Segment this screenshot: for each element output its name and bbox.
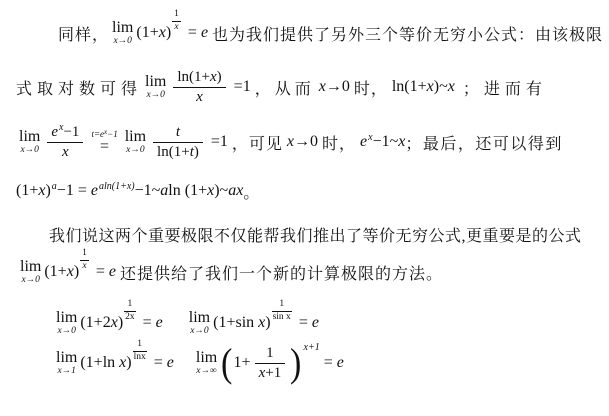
open-paren-one-plus: (1+ (213, 314, 235, 331)
ln-function: ln (157, 144, 169, 160)
open-paren-one-plus: (1+ (136, 24, 158, 41)
var-x: x (287, 133, 294, 150)
open-paren-one-plus: (1+ (44, 263, 66, 280)
tilde-operator: ~ (220, 182, 229, 199)
ln-function: ln (392, 78, 404, 95)
paragraph2-line2: lim x→0 (1+x) 1 x =e 还提供给了我们一个新的计算极限的方法。 (17, 249, 443, 295)
fraction-numerator: ex−1 (47, 123, 83, 143)
open-paren-one-plus: (1+ (80, 314, 102, 331)
sup-numerator: 1 (172, 9, 181, 22)
text-kejian: ，可见 (232, 131, 283, 154)
one-plus: 1+ (234, 354, 251, 371)
lim-word: lim (112, 20, 133, 37)
lim-subscript: x→0 (21, 276, 39, 286)
close-paren: ) (265, 314, 270, 331)
exponent-aln1px: aln(1+x) (99, 181, 135, 192)
const-e: e (91, 182, 98, 199)
lim-word: lim (19, 129, 40, 146)
open-paren-one-plus: (1+ (404, 78, 426, 95)
lim-word: lim (196, 350, 217, 367)
var-x: x (398, 133, 405, 150)
limit-operator: lim x→1 (56, 350, 77, 376)
ln-function: ln (103, 354, 119, 371)
fraction-numerator: t (153, 123, 203, 143)
equiv-ln1px-x: ln(1+x)~x (392, 78, 455, 96)
minus-one: −1 (57, 182, 74, 199)
equals-one: =1 (234, 78, 251, 96)
limit-operator: lim x→0 (112, 20, 133, 46)
fraction-denominator: x (173, 88, 225, 107)
equals-sign: = (78, 182, 87, 199)
paragraph1-line3: lim x→0 ex−1 x t=ex−1 = lim x→0 t ln(1+t… (16, 117, 563, 167)
sup-denominator: sin x (272, 312, 292, 324)
note-exponent: x (104, 128, 107, 136)
formula-base-1px: (1+x) (44, 263, 79, 281)
lim-subscript: x→∞ (196, 367, 217, 377)
sin-function: sin (235, 314, 258, 331)
equals-sign: = (143, 314, 152, 331)
const-e: e (337, 354, 344, 371)
sup-numerator: 1 (80, 248, 89, 261)
exponent-one-over-sinx: 1 sin x (272, 299, 292, 324)
exponent-one-over-lnx: 1 lnx (133, 339, 147, 364)
formula-power-a: (1+x)a−1=ealn(1+x)−1~aln (1+x)~ax (16, 182, 243, 200)
const-e: e (51, 124, 58, 140)
equals-one: =1 (211, 133, 228, 151)
text-zuihou: ；最后，还可以得到 (405, 131, 563, 154)
limit-operator: lim x→∞ (196, 350, 217, 376)
sup-numerator: 1 (133, 339, 147, 352)
text-jiner: ；进而有 (463, 76, 547, 99)
limit-operator: lim x→0 (56, 310, 77, 336)
fraction-numerator: 1 (255, 344, 286, 364)
limit-operator: lim x→0 (19, 129, 40, 155)
exponent-x-plus-1: x+1 (304, 342, 320, 353)
note-head: t=e (91, 129, 104, 139)
open-paren-one-plus: (1+ (189, 69, 210, 85)
equals-e: =e (143, 314, 163, 332)
equals-e: =e (188, 24, 208, 42)
text-shi: 时， (322, 131, 356, 154)
text-conger: ，从而 (255, 76, 315, 99)
equals-with-substitution: t=ex−1 = (91, 130, 117, 155)
note-tail: −1 (107, 129, 118, 139)
formula-base-1px: (1+x) (136, 24, 171, 42)
limit-operator: lim x→0 (145, 74, 166, 100)
text-p2-tail: 还提供给了我们一个新的计算极限的方法。 (120, 261, 443, 284)
var-x: x (159, 24, 166, 41)
exponent-x: x (368, 132, 372, 143)
close-paren: ) (217, 69, 222, 85)
fraction-denominator: x+1 (255, 364, 286, 383)
var-x: x (319, 78, 326, 95)
sup-numerator: 1 (272, 299, 292, 312)
one-plus-term: 1+ (234, 354, 251, 372)
sup-denominator: x (80, 261, 89, 273)
const-e: e (109, 263, 116, 280)
big-open-paren: ( (221, 345, 232, 381)
equals-sign: = (154, 354, 163, 371)
equals-sign: = (324, 354, 333, 371)
lim-subscript: x→1 (57, 367, 75, 377)
sup-denominator: x (172, 22, 181, 34)
close-paren: ) (74, 263, 79, 280)
paragraph2-line1: 我们说这两个重要极限不仅能帮我们推出了等价无穷公式,更重要是的公式 (49, 224, 582, 244)
var-ax: ax (228, 182, 243, 199)
fraction-numerator: ln(1+x) (173, 68, 225, 88)
paragraph1-line2: 式取对数可得 lim x→0 ln(1+x) x =1 ，从而 x→0 时， l… (16, 62, 547, 112)
limit-operator: lim x→0 (189, 310, 210, 336)
document-page: 同样， lim x→0 (1+x) 1 x =e 也为我们提供了另外三个等价无穷… (0, 0, 609, 416)
lim-word: lim (56, 350, 77, 367)
var-x: x (427, 78, 434, 95)
equals-sign: = (299, 314, 308, 331)
tilde-operator: ~ (439, 78, 448, 95)
lim-word: lim (145, 74, 166, 91)
inline-x-to-0: x→0 (287, 133, 318, 151)
lim-word: lim (56, 310, 77, 327)
arrow-zero: →0 (326, 78, 350, 95)
minus-one-tilde: −1~ (135, 182, 161, 199)
var-x: x (111, 314, 118, 331)
equals-e: =e (96, 263, 116, 281)
const-e: e (360, 133, 367, 150)
equals-sign: = (188, 24, 197, 41)
paragraph1-line4: (1+x)a−1=ealn(1+x)−1~aln (1+x)~ax 。 (16, 171, 260, 211)
equals-e: =e (324, 354, 344, 372)
const-e: e (312, 314, 319, 331)
exponent-a: a (52, 181, 57, 192)
sup-denominator: lnx (133, 352, 147, 364)
formula-base-1plnx: (1+ln x) (80, 354, 131, 372)
examples-row2: lim x→1 (1+ln x) 1 lnx =e lim x→∞ ( 1+ 1… (53, 334, 348, 392)
fraction-denominator: x (47, 143, 83, 162)
fraction-t-over-ln1pt: t ln(1+t) (153, 123, 203, 162)
const-e: e (156, 314, 163, 331)
exponent-one-over-x: 1 x (172, 9, 181, 34)
lim-word: lim (125, 129, 146, 146)
close-paren: ) (194, 144, 199, 160)
fraction-ln1px-over-x: ln(1+x) x (173, 68, 225, 107)
limit-operator: lim x→0 (125, 129, 146, 155)
lim-subscript: x→0 (113, 37, 131, 47)
minus-one-tilde: −1~ (373, 133, 399, 150)
exponent-x: x (59, 122, 63, 133)
sup-denominator: 2x (124, 312, 136, 324)
text-tongyang: 同样， (58, 22, 109, 45)
minus-one: −1 (63, 124, 79, 140)
fraction-1-over-xp1: 1 x+1 (255, 344, 286, 383)
inline-x-to-0: x→0 (319, 78, 350, 96)
formula-base-1psinx: (1+sin x) (213, 314, 270, 332)
fraction-denominator: ln(1+t) (153, 143, 203, 162)
sup-numerator: 1 (124, 299, 136, 312)
equals-sign: = (100, 139, 109, 155)
open-paren-one-plus: (1+ (169, 144, 190, 160)
fraction-ex-minus1-over-x: ex−1 x (47, 123, 83, 162)
equals-sign: = (96, 263, 105, 280)
lim-word: lim (20, 259, 41, 276)
exponent-one-over-x: 1 x (80, 248, 89, 273)
text-take-log: 式取对数可得 (16, 76, 142, 99)
var-x: x (448, 78, 455, 95)
limit-operator: lim x→0 (20, 259, 41, 285)
lim-subscript: x→0 (146, 91, 164, 101)
big-close-paren: ) (290, 345, 301, 381)
var-x: x (67, 263, 74, 280)
var-x: x (210, 69, 217, 85)
open-paren-one-plus: (1+ (185, 182, 207, 199)
lim-subscript: x→0 (20, 146, 38, 156)
text-after-formula1: 也为我们提供了另外三个等价无穷小公式：由该极限 (212, 22, 603, 45)
lim-subscript: x→0 (126, 146, 144, 156)
text-period: 。 (243, 180, 260, 203)
open-paren-one-plus: (1+ (80, 354, 102, 371)
close-paren: ) (118, 314, 123, 331)
ln-function: ln (168, 182, 184, 199)
equiv-ex-minus1-x: ex−1~x (360, 133, 405, 151)
close-paren: ) (166, 24, 171, 41)
ln-function: ln (177, 69, 189, 85)
formula-base-1p2x: (1+2x) (80, 314, 123, 332)
close-paren: ) (45, 182, 50, 199)
open-paren-one-plus: (1+ (16, 182, 38, 199)
equals-e: =e (299, 314, 319, 332)
const-e: e (201, 24, 208, 41)
plus-one: +1 (265, 365, 281, 381)
equals-e: =e (154, 354, 174, 372)
text-shi: 时， (354, 76, 388, 99)
paragraph1-line1: 同样， lim x→0 (1+x) 1 x =e 也为我们提供了另外三个等价无穷… (58, 10, 603, 56)
coefficient-two: 2 (103, 314, 111, 331)
exponent-one-over-2x: 1 2x (124, 299, 136, 324)
const-e: e (167, 354, 174, 371)
text-p2-intro: 我们说这两个重要极限不仅能帮我们推出了等价无穷公式,更重要是的公式 (49, 223, 582, 246)
arrow-zero: →0 (294, 133, 318, 150)
lim-word: lim (189, 310, 210, 327)
close-paren: ) (126, 354, 131, 371)
